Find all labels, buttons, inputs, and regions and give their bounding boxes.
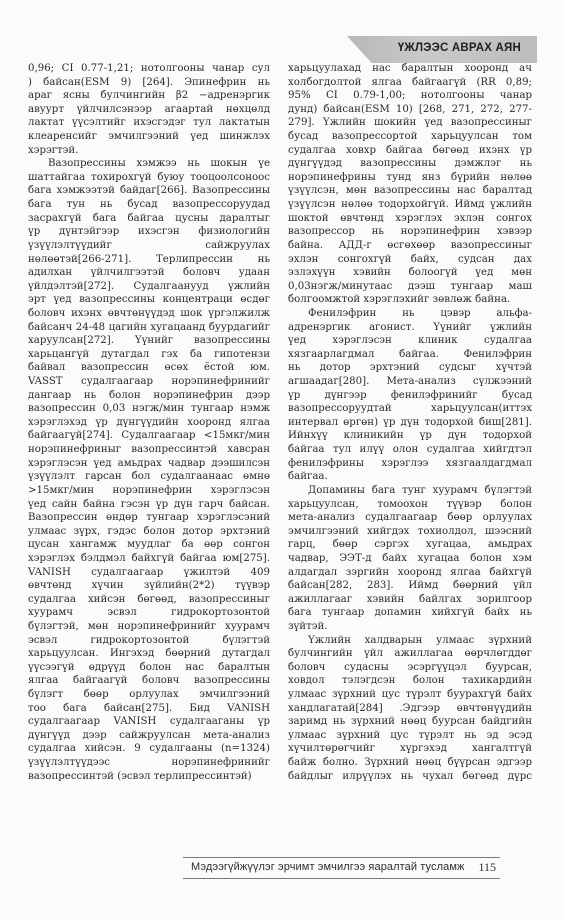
text-line: араг ясны булчингийн β2 −адренэргик <box>28 89 270 103</box>
text-line: бусад вазопрессортой харьцуулсан том <box>288 130 532 144</box>
text-line: бүлэгтэй, мөн норэпинефринийг хуурамч <box>28 620 270 634</box>
text-line: судалгаа хийсэн. 9 судалгааны (n=1324) <box>28 742 270 756</box>
text-line: бага тунгаар допамин хийхгүй байх нь <box>288 606 532 620</box>
text-line: бага тун нь бусад вазопрессоруудад <box>28 198 270 212</box>
text-line: заримд нь зүрхний нөөц буурсан байдгийн <box>288 715 532 729</box>
text-line: үзүүлэлтүүдийг сайжруулах <box>28 239 270 253</box>
text-line: хэрэглэхэд үр дүнгүүдийн хооронд ялгаа <box>28 416 270 430</box>
text-line: судалгаагаар VANISH судалгааганы үр <box>28 715 270 729</box>
text-line: үзүүлэлтүүдээс норэпинефринийг <box>28 756 270 770</box>
text-line: зүйтэй. <box>288 620 532 634</box>
text-line: харьцуулахад нас баралтын хооронд ач <box>288 62 532 76</box>
text-line: булчингийн үйл ажиллагаа өөрчлөгддөг <box>288 647 532 661</box>
text-line: 95% CI 0.79-1,00; нотолгооны чанар <box>288 89 532 103</box>
text-line: эмчилгээний хийгдэх тохиолдол, шээсний <box>288 525 532 539</box>
section-title: ҮЖЛЭЭС АВРАХ АЯН <box>398 42 521 54</box>
text-line: ялгаа байгаагүй боловч вазопрессины <box>28 674 270 688</box>
text-line: Ийнхүү клиникийн үр дүн тодорхой <box>288 429 532 443</box>
text-line: ховдол тэлэгдсэн болон тахикардийн <box>288 674 532 688</box>
text-line: харьцуулсан, томоохон түүвэр болон <box>288 498 532 512</box>
text-line: Үжлийн халдварын улмаас зүрхний <box>288 634 532 648</box>
text-line: үзүүлэлт гарсан бол судалгаанаас өмнө <box>28 470 270 484</box>
text-line: адренэргик агонист. Үүнийг үжлийн <box>288 321 532 335</box>
text-line: харьцуулсан. Ингэхэд бөөрний дутагдал <box>28 647 270 661</box>
text-line: үед сайн байна гэсэн үр дүн гарч байсан. <box>28 498 270 512</box>
text-line: байна. АДД-г өсгөхөөр вазопрессиныг <box>288 239 532 253</box>
text-line: судалгаа ховхр байгаа бөгөөд ихэнх үр <box>288 144 532 158</box>
text-line: Допамины бага тунг хуурамч бүлэгтэй <box>288 484 532 498</box>
text-line: чадвар, ЭЭТ-д байх хугацаа болон хэм <box>288 552 532 566</box>
text-line: 0,96; CI 0.77-1,21; нотолгооны чанар сул <box>28 62 270 76</box>
text-line: >15мкг/мин норэпинефрин хэрэглэсэн <box>28 484 270 498</box>
text-line: үр дүнгээр фенилэфринийг бусад <box>288 389 532 403</box>
text-line: ажиллагааг хэвийн байлгах зорилгоор <box>288 593 532 607</box>
text-line: хэрэгтэй. <box>28 144 270 158</box>
text-line: эзлэхүүн хэвийн болоогүй үед мөн <box>288 266 532 280</box>
text-line: байж болно. Зүрхний нөөц бүүрсан эдгээр <box>288 756 532 770</box>
text-line: үед хэрэглэсэн клиник судалгаа <box>288 334 532 348</box>
text-line: дунд) байсан(ESM 10) [268, 271, 272, 277… <box>288 103 532 117</box>
text-line: дүнгүүд дээр сайжруулсан мета-анализ <box>28 729 270 743</box>
page-footer: Мэдээгүйжүүлэг эрчимт эмчилгээ яаралтай … <box>183 857 500 879</box>
text-line: улмаас зүрх, гэдэс болон дотор эрхтэний <box>28 525 270 539</box>
text-line: адилхан үйлчилгээтэй боловч удаан <box>28 266 270 280</box>
text-line: шоктой өвчтөнд хэрэглэх эхлэн сонгох <box>288 212 532 226</box>
text-line: 0,03нэгж/минутаас дээш тунгаар маш <box>288 280 532 294</box>
text-line: вазопрессин 0,03 нэгж/мин тунгаар нэмж <box>28 402 270 416</box>
text-line: судалгаа хийсэн бөгөөд, вазопрессиныг <box>28 593 270 607</box>
text-line: вазопрессоруудтай харьцуулсан(иттэх <box>288 402 532 416</box>
text-line: байдлыг илрүүлэх нь чухал бөгөөд дүрс <box>288 770 532 784</box>
text-line: өвчтөнд хүчин зүйлийн(2*2) түүвэр <box>28 579 270 593</box>
text-line: үзүүлсэн, мөн вазопрессины нас баралтад <box>288 184 532 198</box>
text-line: эсвэл гидрокортозонтой бүлэгтэй <box>28 634 270 648</box>
text-line: боловч ихэнх өвчтөнүүдэд шок үргэлжилж <box>28 307 270 321</box>
left-text-column: 0,96; CI 0.77-1,21; нотолгооны чанар сул… <box>28 62 270 783</box>
text-line: засрахгүй бага байгаа цусны даралтыг <box>28 212 270 226</box>
text-line: холбогдолтой ялгаа байгаагүй (RR 0,89; <box>288 76 532 90</box>
text-line: үүсээгүй өдрүүд болон нас баралтын <box>28 661 270 675</box>
text-line: алдагдал зэргийн хооронд ялгаа байхгүй <box>288 566 532 580</box>
text-line: Вазопрессины хэмжээ нь шокын үе <box>28 157 270 171</box>
text-line: байгаа. <box>288 470 532 484</box>
text-line: харуулсан[272]. Үүнийг вазопрессины <box>28 334 270 348</box>
text-line: хандлагатай[284] .Эдгээр өвчтөнүүдийн <box>288 702 532 716</box>
text-line: байсанч 24-48 цагийн хугацаанд буурдагий… <box>28 321 270 335</box>
text-line: фенилэфрины хэрэглээ хязгаалдагдмал <box>288 457 532 471</box>
text-line: байгаа тул илүү олон судалгаа хийгдтэл <box>288 443 532 457</box>
text-line: байсан[282, 283]. Иймд бөөрний үйл <box>288 579 532 593</box>
text-line: ) байсан(ESM 9) [264]. Эпинефрин нь <box>28 76 270 90</box>
text-line: агшаадаг[280]. Мета-анализ сүлжээний <box>288 375 532 389</box>
text-line: мета-анализ судалгаагаар бөөр орлуулах <box>288 511 532 525</box>
text-line: гарц, бөөр сэргэх хугацаа, амьдрах <box>288 538 532 552</box>
text-line: хуурамч эсвэл гидрокортозонтой <box>28 606 270 620</box>
page-number: 115 <box>478 860 496 875</box>
text-line: шаттайгаа тохирохгүй буюу тооцоолсоноос <box>28 171 270 185</box>
text-line: бүлэгт бөөр орлуулах эмчилгээний <box>28 688 270 702</box>
text-line: дангаар нь болон норэпинефрин дээр <box>28 389 270 403</box>
text-line: лактат үүсэлтийг ихэсгэдэг тул лактатын <box>28 116 270 130</box>
text-line: үр дүнтэйгээр ихэсгэн физиологийн <box>28 225 270 239</box>
text-line: хязгаарлагдмал байгаа. Фенилэфрин <box>288 348 532 362</box>
right-text-column: харьцуулахад нас баралтын хооронд ачхолб… <box>288 62 532 783</box>
text-line: Вазопрессин өндөр тунгаар хэрэглэсэний <box>28 511 270 525</box>
text-line: үйлдэлтэй[272]. Судалгаанууд үжлийн <box>28 280 270 294</box>
text-line: интервал өргөн) үр дүн тодорхой биш[281]… <box>288 416 532 430</box>
section-header-banner: ҮЖЛЭЭС АВРАХ АЯН <box>347 36 537 63</box>
text-line: цусан хангамж муудлаг ба өөр сонгон <box>28 538 270 552</box>
text-line: болгоомжтой хэрэглэхийг зөвлөж байна. <box>288 293 532 307</box>
text-line: хэрэглэх бэлдмэл байхгүй байгаа юм[275]. <box>28 552 270 566</box>
text-line: VANISH судалгаагаар үжилтэй 409 <box>28 566 270 580</box>
text-line: авуурт үйлчилсэнээр агаартай нөхцөлд <box>28 103 270 117</box>
text-line: улмаас зүрхний цус түрэлт буурахгүй байх <box>288 688 532 702</box>
text-line: хэрэглэсэн үед амьдрах чадвар дээшилсэн <box>28 457 270 471</box>
text-line: эрт үед вазопрессины концентраци өсдөг <box>28 293 270 307</box>
text-line: нь дотор эрхтэний судсыг хүчтэй <box>288 361 532 375</box>
text-line: норэпинефриныг вазопрессинтэй хавсран <box>28 443 270 457</box>
text-line: норэпинефрины тунд янз бүрийн нөлөө <box>288 171 532 185</box>
text-line: вазопрессинтэй (эсвэл терлипрессинтэй) <box>28 770 270 784</box>
text-line: VASST судалгаагаар норэпинефринийг <box>28 375 270 389</box>
text-line: байгаагүй[274]. Судалгаагаар <15мкг/мин <box>28 429 270 443</box>
text-line: харьцангүй дутагдал гэх ба гипотензи <box>28 348 270 362</box>
text-line: 279]. Үжлийн шокийн үед вазопрессиныг <box>288 116 532 130</box>
text-line: боловч судасны эсэргүүцэл буурсан, <box>288 661 532 675</box>
text-line: дүнгүүдэд вазопрессины дэмжлэг нь <box>288 157 532 171</box>
text-line: эхлэн сонгохгүй байх, судсан дах <box>288 253 532 267</box>
text-line: клеаренсийг эмчилгээний үед шинжлэх <box>28 130 270 144</box>
text-line: хүчилтөрөгчийг хүргэхэд хангалтгүй <box>288 742 532 756</box>
text-line: бага хэмжээтэй байдаг[266]. Вазопрессины <box>28 184 270 198</box>
text-line: Фенилэфрин нь цэвэр альфа- <box>288 307 532 321</box>
footer-book-title: Мэдээгүйжүүлэг эрчимт эмчилгээ яаралтай … <box>191 861 464 873</box>
text-line: байвал вазопрессин өсөх ёстой юм. <box>28 361 270 375</box>
text-line: улмаас зүрхний цус түрэлт нь эд эсэд <box>288 729 532 743</box>
text-line: нөлөөтэй[266-271]. Терлипрессин нь <box>28 253 270 267</box>
text-line: үзүүлсэн нөлөө тодорхойгүй. Иймд үжлийн <box>288 198 532 212</box>
text-line: тоо бага байсан[275]. Бид VANISH <box>28 702 270 716</box>
text-line: вазопрессор нь норэпинефрин хэвээр <box>288 225 532 239</box>
